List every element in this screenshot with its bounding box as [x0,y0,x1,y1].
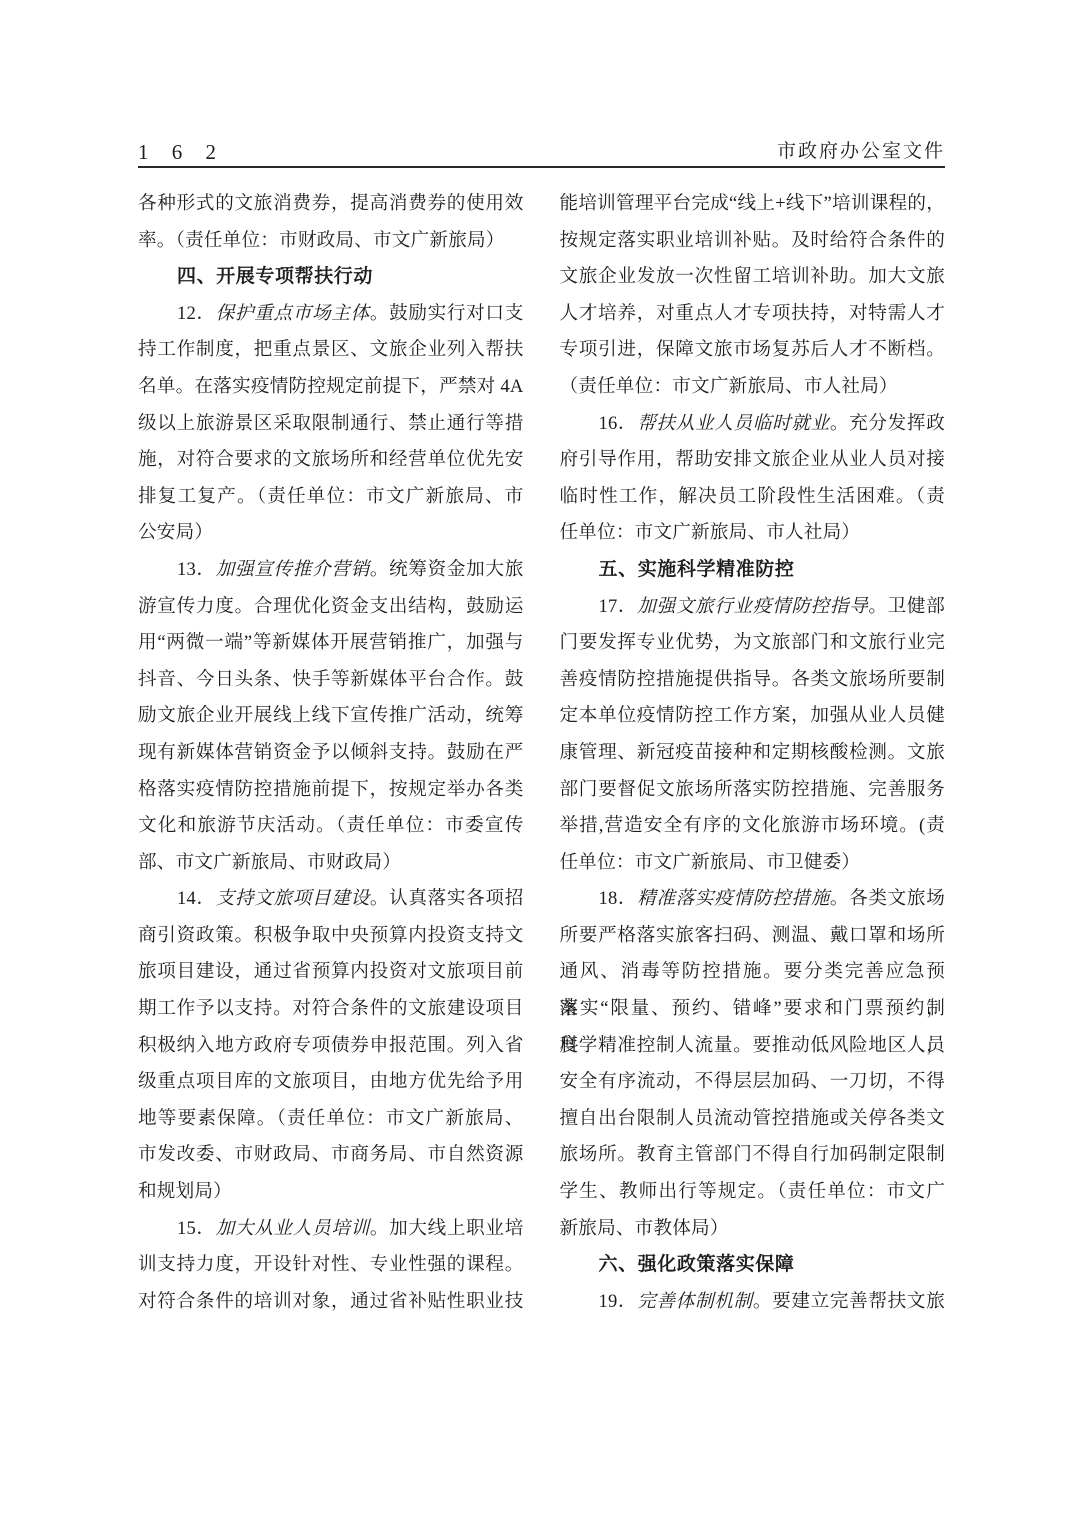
text-line: 商引资政策。积极争取中央预算内投资支持文 [138,918,524,955]
text-line: 率。（责任单位：市财政局、市文广新旅局） [138,223,524,260]
text-line: 19．完善体制机制。要建立完善帮扶文旅 [560,1284,946,1321]
section-heading: 六、强化政策落实保障 [560,1247,946,1284]
text-line: 按规定落实职业培训补贴。及时给符合条件的 [560,223,946,260]
text-line: 排复工复产。（责任单位：市文广新旅局、市 [138,479,524,516]
right-column: 能培训管理平台完成“线上+线下”培训课程的，按规定落实职业培训补贴。及时给符合条… [560,186,946,1320]
text-line: 部门要督促文旅场所落实防控措施、完善服务 [560,772,946,809]
text-line: 康管理、新冠疫苗接种和定期核酸检测。文旅 [560,735,946,772]
item-rest: 。各类文旅场 [830,888,945,909]
header-doc-type-label: 市政府办公室文件 [777,142,945,165]
item-num: 13． [177,559,216,580]
item-num: 15． [177,1218,216,1239]
text-line: 善疫情防控措施提供指导。各类文旅场所要制 [560,662,946,699]
text-line: 持工作制度，把重点景区、文旅企业列入帮扶 [138,332,524,369]
text-line: 人才培养，对重点人才专项扶持，对特需人才 [560,296,946,333]
document-body: 各种形式的文旅消费券，提高消费券的使用效率。（责任单位：市财政局、市文广新旅局）… [138,186,945,1320]
page-number: 1 6 2 [138,142,225,165]
item-num: 18． [599,888,638,909]
page-header: 1 6 2 市政府办公室文件 [138,134,945,165]
text-line: 18．精准落实疫情防控措施。各类文旅场 [560,881,946,918]
text-line: 积极纳入地方政府专项债券申报范围。列入省 [138,1028,524,1065]
section-heading: 四、开展专项帮扶行动 [138,259,524,296]
text-line: 期工作予以支持。对符合条件的文旅建设项目 [138,991,524,1028]
text-line: 励文旅企业开展线上线下宣传推广活动，统筹 [138,698,524,735]
section-heading: 五、实施科学精准防控 [560,552,946,589]
item-lead: 支持文旅项目建设 [216,888,370,909]
text-line: 新旅局、市教体局） [560,1211,946,1248]
text-line: 所要严格落实旅客扫码、测温、戴口罩和场所 [560,918,946,955]
text-line: 13．加强宣传推介营销。统筹资金加大旅 [138,552,524,589]
text-line: 旅项目建设，通过省预算内投资对文旅项目前 [138,954,524,991]
item-num: 19． [599,1291,638,1312]
text-line: 格落实疫情防控措施前提下，按规定举办各类 [138,772,524,809]
text-line: 安全有序流动，不得层层加码、一刀切，不得 [560,1064,946,1101]
text-line: （责任单位：市文广新旅局、市人社局） [560,369,946,406]
text-line: 通风、消毒等防控措施。要分类完善应急预案， [560,954,946,991]
item-lead: 加强文旅行业疫情防控指导 [637,596,868,617]
item-num: 17． [599,596,638,617]
text-line: 用“两微一端”等新媒体开展营销推广，加强与 [138,625,524,662]
text-line: 训支持力度，开设针对性、专业性强的课程。 [138,1247,524,1284]
text-line: 专项引进，保障文旅市场复苏后人才不断档。 [560,332,946,369]
item-rest: 。要建立完善帮扶文旅 [753,1291,945,1312]
text-line: 17．加强文旅行业疫情防控指导。卫健部 [560,589,946,626]
item-rest: 。认真落实各项招 [370,888,524,909]
text-line: 府引导作用，帮助安排文旅企业从业人员对接 [560,442,946,479]
header-rule [138,166,945,168]
text-line: 级以上旅游景区采取限制通行、禁止通行等措 [138,406,524,443]
text-line: 部、市文广新旅局、市财政局） [138,845,524,882]
text-line: 文化和旅游节庆活动。（责任单位：市委宣传 [138,808,524,845]
text-line: 级重点项目库的文旅项目，由地方优先给予用 [138,1064,524,1101]
text-line: 12．保护重点市场主体。鼓励实行对口支 [138,296,524,333]
text-line: 旅场所。教育主管部门不得自行加码制定限制 [560,1137,946,1174]
text-line: 科学精准控制人流量。要推动低风险地区人员 [560,1028,946,1065]
text-line: 擅自出台限制人员流动管控措施或关停各类文 [560,1101,946,1138]
text-line: 能培训管理平台完成“线上+线下”培训课程的， [560,186,946,223]
item-num: 14． [177,888,216,909]
text-line: 14．支持文旅项目建设。认真落实各项招 [138,881,524,918]
text-line: 游宣传力度。合理优化资金支出结构，鼓励运 [138,589,524,626]
text-line: 公安局） [138,515,524,552]
text-line: 名单。在落实疫情防控规定前提下，严禁对 4A [138,369,524,406]
text-line: 对符合条件的培训对象，通过省补贴性职业技 [138,1284,524,1321]
item-rest: 。鼓励实行对口支 [370,303,524,324]
item-rest: 。充分发挥政 [830,413,945,434]
text-line: 和规划局） [138,1174,524,1211]
text-line: 地等要素保障。（责任单位：市文广新旅局、 [138,1101,524,1138]
text-line: 抖音、今日头条、快手等新媒体平台合作。鼓 [138,662,524,699]
left-column: 各种形式的文旅消费券，提高消费券的使用效率。（责任单位：市财政局、市文广新旅局）… [138,186,524,1320]
item-rest: 。统筹资金加大旅 [370,559,524,580]
text-line: 施，对符合要求的文旅场所和经营单位优先安 [138,442,524,479]
item-lead: 精准落实疫情防控措施 [637,888,830,909]
text-line: 任单位：市文广新旅局、市人社局） [560,515,946,552]
item-num: 12． [177,303,216,324]
item-lead: 帮扶从业人员临时就业 [637,413,830,434]
item-lead: 加强宣传推介营销 [216,559,370,580]
item-lead: 保护重点市场主体 [216,303,370,324]
text-line: 文旅企业发放一次性留工培训补助。加大文旅 [560,259,946,296]
text-line: 任单位：市文广新旅局、市卫健委） [560,845,946,882]
text-line: 门要发挥专业优势，为文旅部门和文旅行业完 [560,625,946,662]
item-rest: 。卫健部 [868,596,945,617]
text-line: 现有新媒体营销资金予以倾斜支持。鼓励在严 [138,735,524,772]
item-rest: 。加大线上职业培 [370,1218,524,1239]
text-line: 市发改委、市财政局、市商务局、市自然资源 [138,1137,524,1174]
item-lead: 完善体制机制 [637,1291,753,1312]
text-line: 定本单位疫情防控工作方案，加强从业人员健 [560,698,946,735]
text-line: 临时性工作，解决员工阶段性生活困难。（责 [560,479,946,516]
item-num: 16． [599,413,638,434]
text-line: 举措,营造安全有序的文化旅游市场环境。(责 [560,808,946,845]
document-page: 1 6 2 市政府办公室文件 各种形式的文旅消费券，提高消费券的使用效率。（责任… [0,0,1074,1520]
text-line: 15．加大从业人员培训。加大线上职业培 [138,1211,524,1248]
text-line: 落实“限量、预约、错峰”要求和门票预约制度， [560,991,946,1028]
text-line: 16．帮扶从业人员临时就业。充分发挥政 [560,406,946,443]
item-lead: 加大从业人员培训 [216,1218,370,1239]
text-line: 学生、教师出行等规定。（责任单位：市文广 [560,1174,946,1211]
text-line: 各种形式的文旅消费券，提高消费券的使用效 [138,186,524,223]
